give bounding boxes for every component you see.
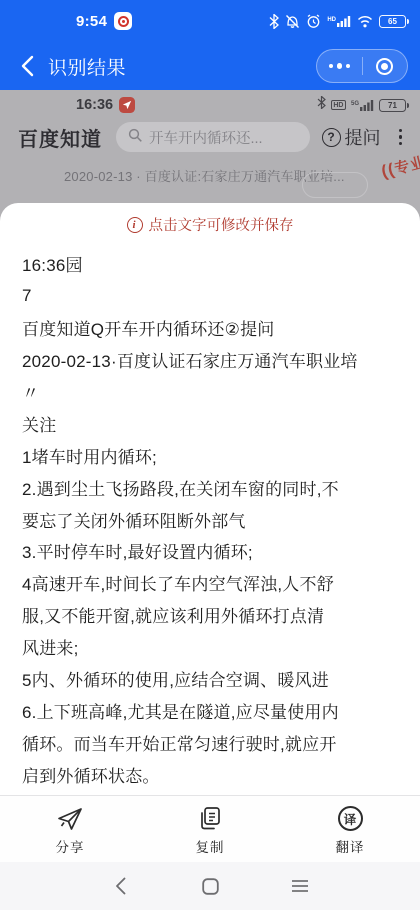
ellipsis-icon bbox=[329, 63, 350, 69]
edit-hint-text: 点击文字可修改并保存 bbox=[149, 214, 294, 235]
overflow-menu-icon[interactable] bbox=[395, 125, 407, 150]
ocr-text-block: 16:36园7百度知道Q开车开内循环还②提问2020-02-13·百度认证石家庄… bbox=[0, 248, 420, 790]
ocr-text-line[interactable]: 7 bbox=[22, 280, 398, 312]
translate-button[interactable]: 译 翻译 bbox=[280, 802, 420, 856]
ocr-text-line[interactable]: 16:36园 bbox=[22, 248, 398, 280]
battery-indicator: 65 bbox=[379, 15, 406, 28]
source-bluetooth-icon bbox=[317, 96, 326, 114]
ocr-text-line[interactable]: 风进来; bbox=[22, 631, 398, 663]
back-button[interactable] bbox=[12, 51, 42, 81]
ocr-text-line[interactable]: 服,又不能开窗,就应该利用外循环打点清 bbox=[22, 599, 398, 631]
baidu-zhidao-title: 百度知道 bbox=[18, 123, 102, 152]
info-icon: i bbox=[127, 217, 143, 233]
ocr-text-line[interactable]: 1堵车时用内循环; bbox=[22, 439, 398, 471]
ocr-text-line[interactable]: 关注 bbox=[22, 407, 398, 439]
ask-label: 提问 bbox=[345, 124, 381, 150]
ocr-text-line[interactable]: 5内、外循环的使用,应结合空调、暖风进 bbox=[22, 663, 398, 695]
search-query-text: 开车开内循环还... bbox=[149, 127, 263, 148]
ocr-text-line[interactable]: 〃 bbox=[22, 376, 398, 408]
hd-label: HD bbox=[327, 17, 336, 23]
circle-dot-icon bbox=[376, 58, 393, 75]
copy-button[interactable]: 复制 bbox=[140, 802, 280, 856]
source-battery-indicator: 71 bbox=[379, 99, 406, 112]
signal-bars-icon: HD bbox=[327, 15, 351, 27]
nav-recents-button[interactable] bbox=[283, 869, 317, 903]
edit-hint-banner: i 点击文字可修改并保存 bbox=[0, 214, 420, 235]
source-app-bar: 百度知道 开车开内循环还... ? 提问 bbox=[0, 114, 420, 152]
source-5g-label: 5G bbox=[351, 101, 359, 107]
status-left: 9:54 bbox=[76, 12, 132, 30]
search-icon bbox=[128, 128, 143, 147]
recognition-result-card: i 点击文字可修改并保存 16:36园7百度知道Q开车开内循环还②提问2020-… bbox=[0, 203, 420, 795]
red-swirl-icon bbox=[118, 16, 129, 27]
exit-miniprogram-button[interactable] bbox=[363, 50, 408, 82]
search-input[interactable]: 开车开内循环还... bbox=[116, 122, 310, 152]
ocr-text-line[interactable]: 循环。而当车开始正常匀速行驶时,就应开 bbox=[22, 726, 398, 758]
paper-plane-icon bbox=[57, 807, 83, 831]
copy-icon bbox=[198, 806, 223, 831]
ocr-text-line[interactable]: 启到外循环状态。 bbox=[22, 758, 398, 790]
share-label: 分享 bbox=[56, 836, 85, 856]
alarm-clock-icon bbox=[306, 14, 321, 29]
ocr-text-line[interactable]: 百度知道Q开车开内循环还②提问 bbox=[22, 312, 398, 344]
notification-app-icon bbox=[114, 12, 132, 30]
status-icons: HD 65 bbox=[269, 14, 406, 29]
nav-home-button[interactable] bbox=[193, 869, 227, 903]
source-clock-time: 16:36 bbox=[76, 97, 113, 113]
android-nav-bar bbox=[0, 862, 420, 910]
clock-time: 9:54 bbox=[76, 13, 107, 30]
miniprogram-capsule bbox=[316, 49, 408, 83]
status-bar: 9:54 HD 65 bbox=[0, 0, 420, 42]
page-title: 识别结果 bbox=[48, 53, 126, 80]
mute-bell-icon bbox=[285, 14, 300, 29]
source-notification-icon bbox=[119, 97, 135, 113]
action-bar: 分享 复制 译 翻译 bbox=[0, 795, 420, 862]
nav-back-button[interactable] bbox=[103, 869, 137, 903]
ocr-text-line[interactable]: 6.上下班高峰,尤其是在隧道,应尽量使用内 bbox=[22, 694, 398, 726]
ocr-text-line[interactable]: 4高速开车,时间长了车内空气浑浊,人不舒 bbox=[22, 567, 398, 599]
question-mark-icon: ? bbox=[322, 128, 341, 147]
source-status-bar: 16:36 HD 5G 71 bbox=[0, 90, 420, 114]
ocr-text-line[interactable]: 2020-02-13·百度认证石家庄万通汽车职业培 bbox=[22, 344, 398, 376]
ocr-text-line[interactable]: 3.平时停车时,最好设置内循环; bbox=[22, 535, 398, 567]
translate-icon: 译 bbox=[338, 806, 363, 831]
source-screenshot-preview: 16:36 HD 5G 71 百度知道 bbox=[0, 90, 420, 215]
translate-label: 翻译 bbox=[336, 836, 365, 856]
share-button[interactable]: 分享 bbox=[0, 803, 140, 856]
more-options-button[interactable] bbox=[317, 50, 362, 82]
phone-screen: 9:54 HD 65 识别结果 bbox=[0, 0, 420, 910]
app-header: 识别结果 bbox=[0, 42, 420, 90]
ask-question-button[interactable]: ? 提问 bbox=[322, 124, 381, 150]
copy-label: 复制 bbox=[196, 836, 225, 856]
ocr-text-line[interactable]: 2.遇到尘土飞扬路段,在关闭车窗的同时,不 bbox=[22, 471, 398, 503]
follow-button-outline bbox=[302, 172, 368, 198]
source-signal-bars-icon: 5G bbox=[351, 99, 374, 111]
bluetooth-icon bbox=[269, 14, 279, 29]
ocr-text-line[interactable]: 要忘了关闭外循环阻断外部气 bbox=[22, 503, 398, 535]
wifi-icon bbox=[357, 15, 373, 28]
source-hd-badge: HD bbox=[331, 100, 346, 110]
